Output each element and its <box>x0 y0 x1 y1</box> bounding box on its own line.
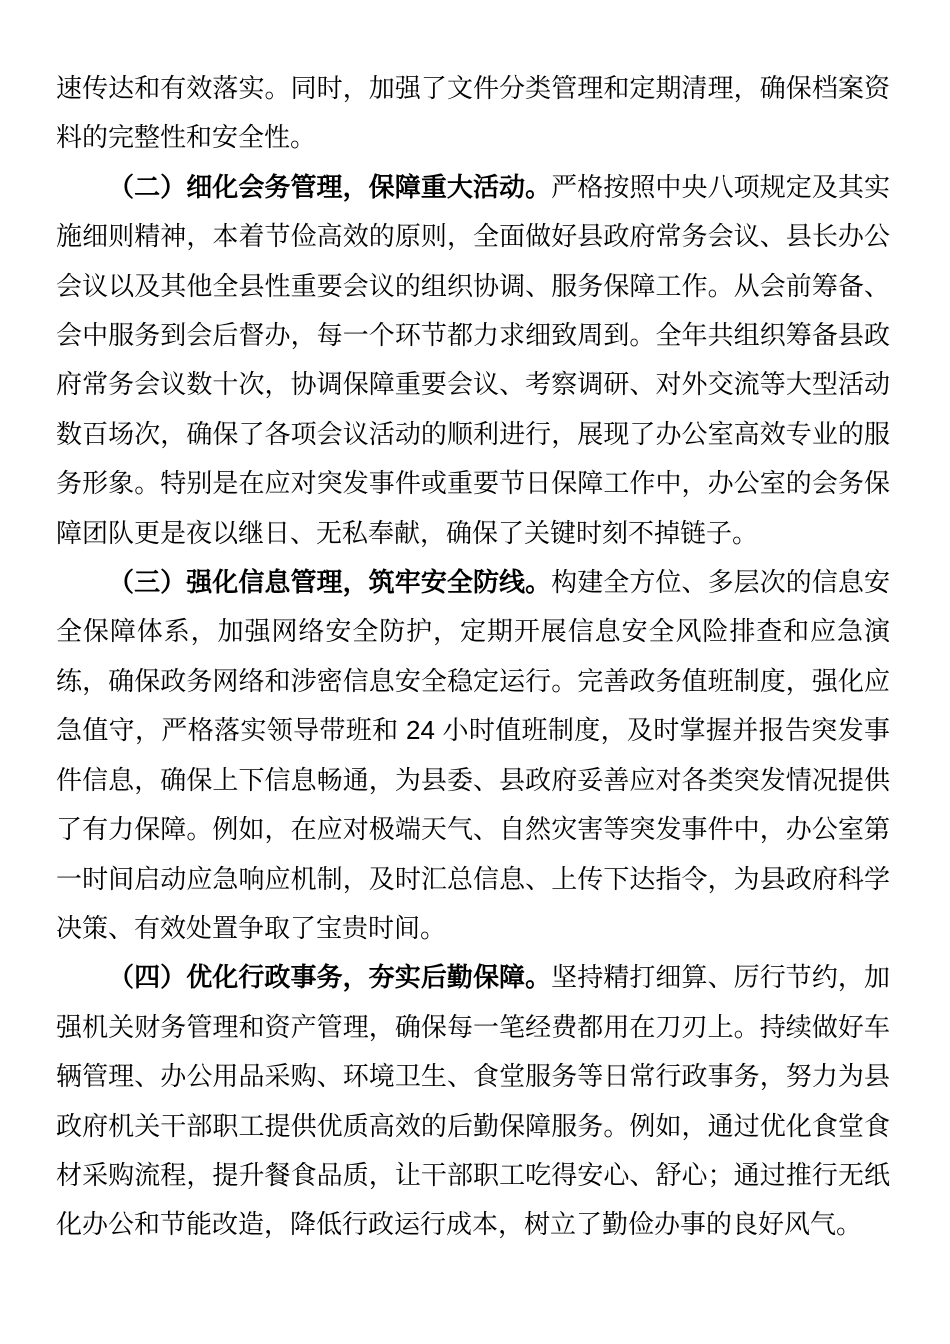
paragraph-section-three: （三）强化信息管理，筑牢安全防线。构建全方位、多层次的信息安全保障体系，加强网络… <box>56 558 890 953</box>
section-two-heading: （二）细化会务管理，保障重大活动。 <box>108 172 551 202</box>
paragraph-section-two: （二）细化会务管理，保障重大活动。严格按照中央八项规定及其实施细则精神，本着节俭… <box>56 163 890 558</box>
paragraph-body: 构建全方位、多层次的信息安全保障体系，加强网络安全防护，定期开展信息安全风险排查… <box>56 567 890 943</box>
paragraph-body: 速传达和有效落实。同时，加强了文件分类管理和定期清理，确保档案资料的完整性和安全… <box>56 73 890 152</box>
document-page: 速传达和有效落实。同时，加强了文件分类管理和定期清理，确保档案资料的完整性和安全… <box>0 0 950 1344</box>
paragraph-body: 严格按照中央八项规定及其实施细则精神，本着节俭高效的原则，全面做好县政府常务会议… <box>56 172 890 548</box>
paragraph-section-four: （四）优化行政事务，夯实后勤保障。坚持精打细算、厉行节约，加强机关财务管理和资产… <box>56 953 890 1249</box>
paragraph-body: 坚持精打细算、厉行节约，加强机关财务管理和资产管理，确保每一笔经费都用在刀刃上。… <box>56 962 890 1239</box>
paragraph-continuation: 速传达和有效落实。同时，加强了文件分类管理和定期清理，确保档案资料的完整性和安全… <box>56 64 890 163</box>
section-three-heading: （三）强化信息管理，筑牢安全防线。 <box>108 567 551 597</box>
section-four-heading: （四）优化行政事务，夯实后勤保障。 <box>108 962 551 992</box>
